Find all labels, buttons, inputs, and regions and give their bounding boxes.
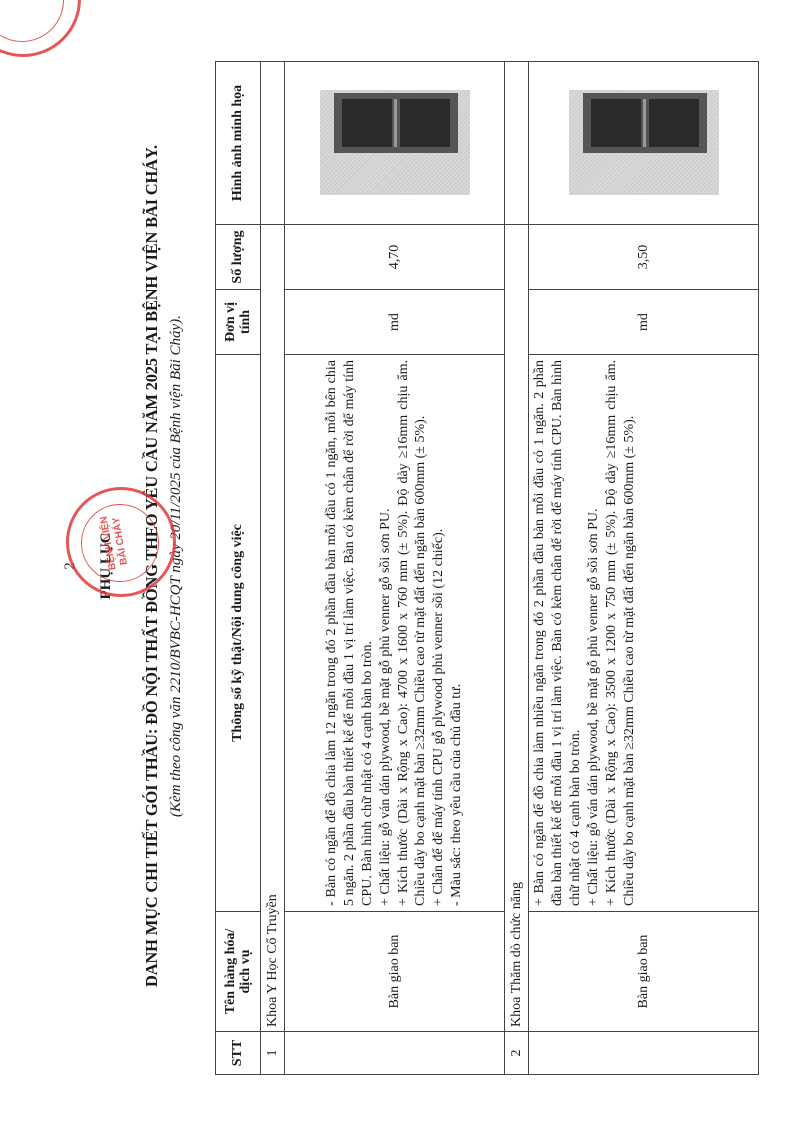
spec-line: + Chất liệu: gỗ ván dán plywood, bề mặt …	[585, 360, 603, 906]
item-name: Bàn giao ban	[529, 912, 759, 1032]
reference-line: (Kèm theo công văn 2210/BVBC-HCQT ngày 2…	[168, 0, 185, 1132]
spec-line: + Chất liệu: gỗ ván dán plywood, bề mặt …	[377, 360, 395, 906]
spec-line: + Kích thước (Dài x Rộng x Cao): 4700 x …	[395, 360, 431, 906]
desk-photo-icon	[569, 91, 719, 196]
table-row: Bàn giao ban + Bàn có ngăn để đồ chia là…	[529, 62, 759, 1075]
item-unit: md	[285, 290, 505, 355]
item-image	[285, 62, 505, 225]
header-quantity: Số lượng	[216, 225, 261, 290]
items-table: STT Tên hàng hóa/ dịch vụ Thông số kỹ th…	[215, 61, 759, 1075]
item-image	[529, 62, 759, 225]
item-spec: - Bàn có ngăn để đồ chia làm 12 ngăn tro…	[285, 355, 505, 912]
spec-line: + Chân để để máy tính CPU gỗ plywood phủ…	[430, 360, 448, 906]
empty-cell	[285, 1032, 505, 1075]
empty-cell	[261, 62, 285, 225]
desk-photo-icon	[320, 91, 470, 196]
item-name: Bàn giao ban	[285, 912, 505, 1032]
red-seal-stamp-icon: BỆNH VIỆN BÃI CHÁY	[66, 487, 176, 597]
header-name: Tên hàng hóa/ dịch vụ	[216, 912, 261, 1032]
item-quantity: 3,50	[529, 225, 759, 290]
header-image: Hình ảnh minh họa	[216, 62, 261, 225]
item-quantity: 4,70	[285, 225, 505, 290]
header-stt: STT	[216, 1032, 261, 1075]
empty-cell	[529, 1032, 759, 1075]
group-stt: 1	[261, 1032, 285, 1075]
group-row: 1 Khoa Y Học Cổ Truyền	[261, 62, 285, 1075]
header-spec: Thông số kỹ thật/Nội dung công việc	[216, 355, 261, 912]
item-spec: + Bàn có ngăn để đồ chia làm nhiều ngăn …	[529, 355, 759, 912]
spec-line: - Màu sắc: theo yêu cầu của chủ đầu tư.	[448, 360, 466, 906]
group-stt: 2	[505, 1032, 529, 1075]
document-page: 2 PHỤ LỤC DANH MỤC CHI TIẾT GÓI THẦU: ĐỒ…	[0, 0, 800, 1132]
table-header-row: STT Tên hàng hóa/ dịch vụ Thông số kỹ th…	[216, 62, 261, 1075]
table-row: Bàn giao ban - Bàn có ngăn để đồ chia là…	[285, 62, 505, 1075]
spec-line: + Kích thước (Dài x Rộng x Cao): 3500 x …	[603, 360, 639, 906]
group-department: Khoa Thăm dò chức năng	[505, 225, 529, 1032]
empty-cell	[505, 62, 529, 225]
spec-line: + Bàn có ngăn để đồ chia làm nhiều ngăn …	[531, 360, 585, 906]
item-unit: md	[529, 290, 759, 355]
group-row: 2 Khoa Thăm dò chức năng	[505, 62, 529, 1075]
spec-line: - Bàn có ngăn để đồ chia làm 12 ngăn tro…	[323, 360, 377, 906]
group-department: Khoa Y Học Cổ Truyền	[261, 225, 285, 1032]
header-unit: Đơn vị tính	[216, 290, 261, 355]
